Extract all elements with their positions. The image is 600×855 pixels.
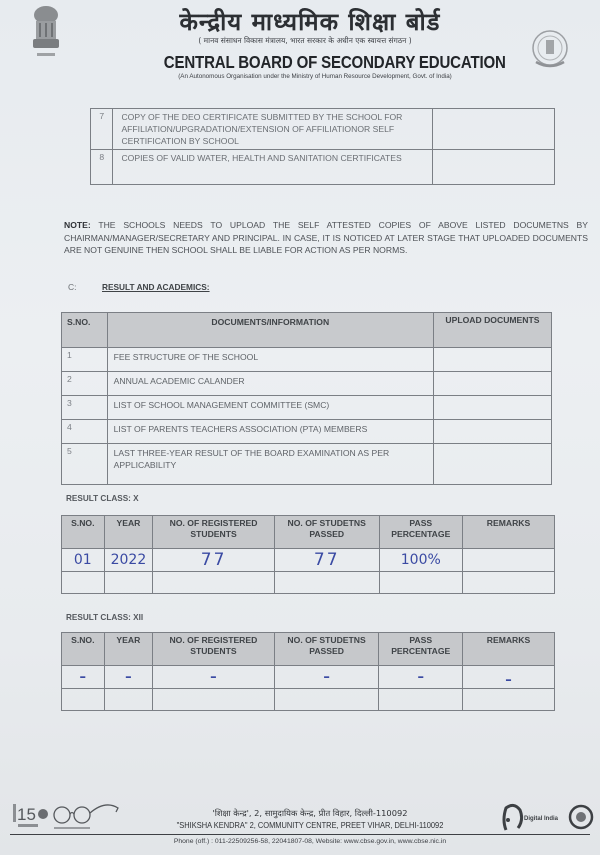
- table-row: 2 ANNUAL ACADEMIC CALANDER: [62, 372, 552, 396]
- document-description: ANNUAL ACADEMIC CALANDER: [107, 372, 433, 396]
- serial-number: 1: [62, 348, 108, 372]
- table-row: 8 COPIES OF VALID WATER, HEALTH AND SANI…: [91, 150, 555, 185]
- digital-india-logo-icon: Digital India: [500, 800, 540, 834]
- english-title: CENTRAL BOARD OF SECONDARY EDUCATION: [164, 52, 456, 73]
- result-class-xii-label: RESULT CLASS: XII: [66, 613, 143, 622]
- serial-number: 8: [91, 150, 113, 185]
- table-row: 1 FEE STRUCTURE OF THE SCHOOL: [62, 348, 552, 372]
- document-description: LIST OF PARENTS TEACHERS ASSOCIATION (PT…: [107, 420, 433, 444]
- svg-text:15: 15: [17, 805, 36, 824]
- cell-remarks[interactable]: [462, 689, 554, 711]
- table-row: [62, 689, 555, 711]
- header-upload: UPLOAD DOCUMENTS: [433, 313, 551, 348]
- documents-table: S.NO. DOCUMENTS/INFORMATION UPLOAD DOCUM…: [61, 312, 552, 485]
- document-description: LIST OF SCHOOL MANAGEMENT COMMITTEE (SMC…: [107, 396, 433, 420]
- table-header-row: S.NO. YEAR NO. OF REGISTERED STUDENTS NO…: [62, 516, 555, 549]
- hindi-title: केन्द्रीय माध्यमिक शिक्षा बोर्ड: [150, 5, 470, 38]
- upload-cell[interactable]: [433, 372, 551, 396]
- documents-table-continued: 7 COPY OF THE DEO CERTIFICATE SUBMITTED …: [90, 108, 555, 185]
- result-class-xii-table: S.NO. YEAR NO. OF REGISTERED STUDENTS NO…: [61, 632, 555, 711]
- cell-percentage[interactable]: –: [379, 666, 463, 689]
- table-row: [62, 572, 555, 594]
- header-remarks: REMARKS: [462, 633, 554, 666]
- cell-passed[interactable]: [274, 689, 379, 711]
- footer-left-logos: 15: [10, 798, 120, 832]
- header-sno: S.NO.: [62, 313, 108, 348]
- header-percentage: PASS PERCENTAGE: [379, 516, 462, 549]
- header-percentage: PASS PERCENTAGE: [379, 633, 463, 666]
- table-row: 5 LAST THREE-YEAR RESULT OF THE BOARD EX…: [62, 444, 552, 485]
- cell-percentage[interactable]: 100%: [379, 549, 462, 572]
- cell-passed[interactable]: 77: [274, 549, 379, 572]
- note-label: NOTE:: [64, 220, 91, 230]
- document-description: COPY OF THE DEO CERTIFICATE SUBMITTED BY…: [113, 109, 432, 150]
- cell-remarks[interactable]: [463, 572, 555, 594]
- cell-registered[interactable]: –: [153, 666, 275, 689]
- 150-years-logo-icon: 15: [13, 804, 48, 827]
- header-year: YEAR: [104, 633, 152, 666]
- hindi-subtitle: ( मानव संसाधन विकास मंत्रालय, भारत सरकार…: [170, 36, 440, 46]
- cell-passed[interactable]: [274, 572, 379, 594]
- cell-sno[interactable]: [62, 572, 105, 594]
- serial-number: 3: [62, 396, 108, 420]
- document-description: COPIES OF VALID WATER, HEALTH AND SANITA…: [113, 150, 432, 185]
- header-sno: S.NO.: [62, 516, 105, 549]
- upload-cell[interactable]: [433, 444, 551, 485]
- header-registered: NO. OF REGISTERED STUDENTS: [153, 633, 275, 666]
- cell-passed[interactable]: –: [274, 666, 379, 689]
- header-registered: NO. OF REGISTERED STUDENTS: [153, 516, 275, 549]
- upload-cell[interactable]: [433, 348, 551, 372]
- cell-percentage[interactable]: [379, 689, 463, 711]
- table-header-row: S.NO. YEAR NO. OF REGISTERED STUDENTS NO…: [62, 633, 555, 666]
- upload-cell[interactable]: [432, 109, 554, 150]
- table-row: 4 LIST OF PARENTS TEACHERS ASSOCIATION (…: [62, 420, 552, 444]
- footer-divider: [10, 834, 590, 835]
- document-description: FEE STRUCTURE OF THE SCHOOL: [107, 348, 433, 372]
- swachh-bharat-glasses-icon: [54, 805, 118, 823]
- note-paragraph: NOTE: THE SCHOOLS NEEDS TO UPLOAD THE SE…: [64, 219, 588, 257]
- cell-sno[interactable]: [62, 689, 105, 711]
- table-header-row: S.NO. DOCUMENTS/INFORMATION UPLOAD DOCUM…: [62, 313, 552, 348]
- serial-number: 5: [62, 444, 108, 485]
- result-class-x-label: RESULT CLASS: X: [66, 494, 139, 503]
- cell-registered[interactable]: 77: [153, 549, 275, 572]
- seal-icon: [568, 803, 594, 831]
- result-class-x-table: S.NO. YEAR NO. OF REGISTERED STUDENTS NO…: [61, 515, 555, 594]
- cell-remarks[interactable]: –: [462, 666, 554, 689]
- english-subtitle: (An Autonomous Organisation under the Mi…: [163, 73, 467, 80]
- cell-registered[interactable]: [153, 689, 275, 711]
- table-row: – – – – – –: [62, 666, 555, 689]
- note-text: THE SCHOOLS NEEDS TO UPLOAD THE SELF ATT…: [64, 220, 588, 255]
- header-remarks: REMARKS: [463, 516, 555, 549]
- header-passed: NO. OF STUDETNS PASSED: [274, 516, 379, 549]
- cell-year[interactable]: [104, 689, 152, 711]
- cbse-logo-icon: [528, 28, 572, 72]
- footer-address: "SHIKSHA KENDRA" 2, COMMUNITY CENTRE, PR…: [166, 820, 454, 830]
- cell-year[interactable]: –: [104, 666, 152, 689]
- cell-year[interactable]: 2022: [104, 549, 153, 572]
- cell-sno[interactable]: 01: [62, 549, 105, 572]
- header-year: YEAR: [104, 516, 153, 549]
- section-title: RESULT AND ACADEMICS:: [102, 282, 210, 292]
- national-emblem-icon: [26, 3, 66, 63]
- cell-remarks[interactable]: [463, 549, 555, 572]
- cell-registered[interactable]: [153, 572, 275, 594]
- header-passed: NO. OF STUDETNS PASSED: [274, 633, 379, 666]
- serial-number: 2: [62, 372, 108, 396]
- upload-cell[interactable]: [432, 150, 554, 185]
- table-row: 01 2022 77 77 100%: [62, 549, 555, 572]
- section-letter: C:: [68, 282, 77, 292]
- footer-hindi-address: 'शिक्षा केन्द्र', 2, सामुदायिक केन्द्र, …: [180, 808, 440, 819]
- svg-text:Digital India: Digital India: [524, 816, 559, 822]
- table-row: 7 COPY OF THE DEO CERTIFICATE SUBMITTED …: [91, 109, 555, 150]
- table-row: 3 LIST OF SCHOOL MANAGEMENT COMMITTEE (S…: [62, 396, 552, 420]
- serial-number: 7: [91, 109, 113, 150]
- cell-percentage[interactable]: [379, 572, 462, 594]
- cell-sno[interactable]: –: [62, 666, 105, 689]
- header-documents: DOCUMENTS/INFORMATION: [107, 313, 433, 348]
- header-sno: S.NO.: [62, 633, 105, 666]
- upload-cell[interactable]: [433, 420, 551, 444]
- footer-contact: Phone (off.) : 011-22509256-58, 22041807…: [120, 838, 500, 845]
- cell-year[interactable]: [104, 572, 153, 594]
- serial-number: 4: [62, 420, 108, 444]
- upload-cell[interactable]: [433, 396, 551, 420]
- document-description: LAST THREE-YEAR RESULT OF THE BOARD EXAM…: [107, 444, 433, 485]
